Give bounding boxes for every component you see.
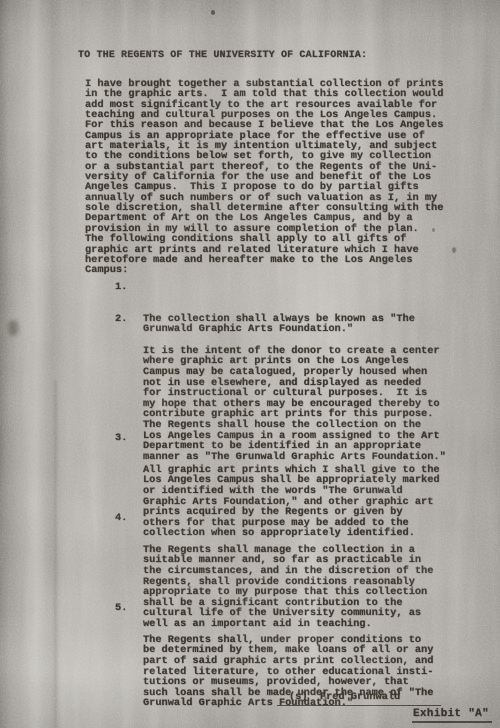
list-item-number: 5.: [115, 603, 127, 614]
intro-paragraph: I have brought together a substantial co…: [85, 79, 457, 276]
list-item-number: 1.: [115, 282, 127, 293]
scan-speck: [8, 320, 19, 336]
document-heading: TO THE REGENTS OF THE UNIVERSITY OF CALI…: [78, 50, 367, 61]
signature-line: (s) Fred Grunwald: [277, 691, 441, 706]
exhibit-label: Exhibit "A": [412, 708, 492, 723]
list-item-number: 3.: [115, 433, 127, 444]
scanned-document-page: TO THE REGENTS OF THE UNIVERSITY OF CALI…: [0, 0, 500, 728]
list-item-number: 4.: [115, 513, 127, 524]
list-item-number: 2.: [115, 314, 127, 325]
scan-speck: [211, 10, 215, 15]
list-item: 5. The Regents shall, under proper condi…: [115, 603, 451, 728]
scan-fold-line: [54, 380, 57, 728]
